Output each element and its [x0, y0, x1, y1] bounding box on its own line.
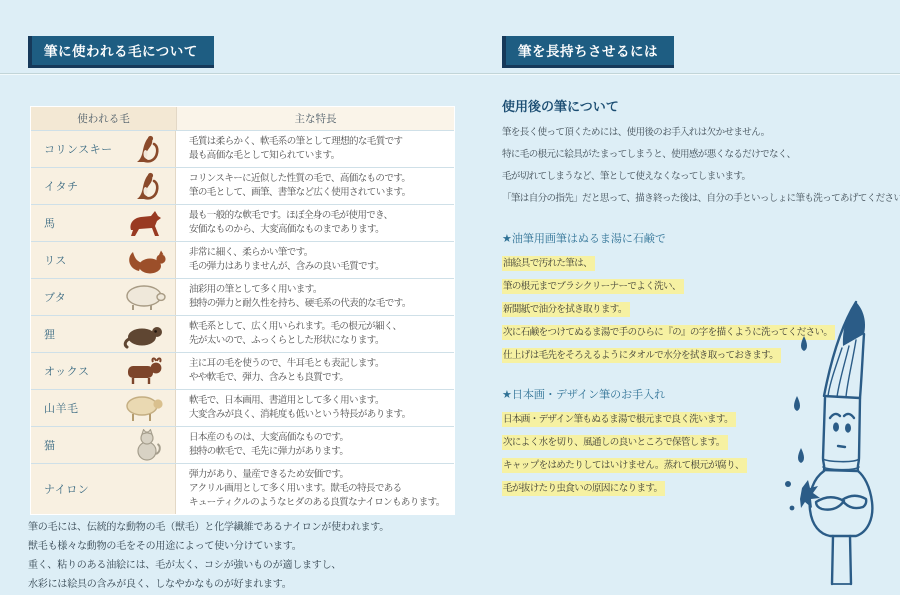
table-row: 馬 最も一般的な軟毛です。ほぼ全身の毛が使用でき、安価なものから、大変高価なもの… — [31, 204, 454, 241]
hair-type-label: イタチ — [44, 178, 79, 194]
hair-type-label: オックス — [44, 363, 90, 379]
text-line: 毛が切れてしまうなど、筆として使えなくなってしまいます。 — [502, 166, 900, 188]
pig-icon — [121, 282, 167, 312]
text-line: 特に毛の根元に絵具がたまってしまうと、使用感が悪くなるだけでなく、 — [502, 144, 900, 166]
mouth — [838, 446, 845, 447]
highlight-text: 油絵具で汚れた筆は、 — [502, 256, 595, 271]
leaflet-page: { "colors": { "page_bg": "#ddeef6", "hea… — [0, 0, 900, 595]
feature-line: 独特の軟毛で、毛先に弾力があります。 — [189, 445, 448, 459]
hair-type-label: ナイロン — [44, 481, 89, 497]
column-header-hair: 使われる毛 — [31, 107, 177, 130]
feature-line: 安価なものから、大変高価なものまであります。 — [189, 223, 448, 237]
water-drop-icon — [798, 448, 804, 463]
highlighted-step-line: 筆の根元までブラシクリーナーでよく洗い、 — [502, 274, 900, 297]
paint-tip — [843, 302, 865, 346]
care-intro-paragraph: 筆を長く使って頂くためには、使用後のお手入れは欠かせません。特に毛の根元に絵具が… — [502, 122, 900, 210]
highlight-text: 日本画・デザイン筆もぬるま湯で根元まで良く洗います。 — [502, 412, 736, 427]
highlight-text: 筆の根元までブラシクリーナーでよく洗い、 — [502, 279, 684, 294]
table-row: コリンスキー 毛質は柔らかく、軟毛系の筆として理想的な毛質です最も高価な毛として… — [31, 130, 454, 167]
hair-types-table: 使われる毛 主な特長 コリンスキー 毛質は柔らかく、軟毛系の筆として理想的な毛質… — [30, 106, 455, 515]
text-line: 「筆は自分の指先」だと思って、描き終った後は、自分の手といっしょに筆も洗ってあげ… — [502, 188, 900, 210]
highlight-text: 毛が抜けたり虫食いの原因になります。 — [502, 481, 665, 496]
table-row: オックス 主に耳の毛を使うので、牛耳毛とも表記します。やや軟毛で、弾力、含みとも… — [31, 352, 454, 389]
horse-icon — [121, 208, 167, 238]
ox-icon — [123, 356, 167, 386]
table-row: 狸 軟毛系として、広く用いられます。毛の根元が細く、先が太いので、ふっくらとした… — [31, 315, 454, 352]
feature-line: コリンスキーに近似した性質の毛で、高価なものです。 — [189, 172, 448, 186]
feature-line: 大変含みが良く、消耗度も低いという特長があります。 — [189, 408, 448, 422]
splash-dot — [785, 481, 791, 487]
feature-line: 油彩用の筆として多く用います。 — [189, 283, 448, 297]
squirrel-icon — [123, 245, 167, 275]
hair-features: 軟毛系として、広く用いられます。毛の根元が細く、先が太いので、ふっくらとした形状… — [176, 316, 454, 352]
feature-line: 筆の毛として、画筆、書筆など広く使用されています。 — [189, 186, 448, 200]
hair-type-label: 狸 — [44, 326, 56, 342]
crossed-arms — [816, 497, 844, 509]
hair-features: コリンスキーに近似した性質の毛で、高価なものです。筆の毛として、画筆、書筆など広… — [176, 168, 454, 204]
feature-line: 主に耳の毛を使うので、牛耳毛とも表記します。 — [189, 357, 448, 371]
hair-features: 弾力があり、量産できるため安価です。アクリル画用として多く用います。獣毛の特長で… — [176, 464, 454, 514]
feature-line: キューティクルのようなヒダのある良質なナイロンもあります。 — [189, 496, 448, 510]
hair-type-label: 馬 — [44, 215, 56, 231]
feature-line: 最も一般的な軟毛です。ほぼ全身の毛が使用でき、 — [189, 209, 448, 223]
care-section-title: 使用後の筆について — [502, 96, 900, 115]
table-row: 山羊毛 軟毛で、日本画用、書道用として多く用います。大変含みが良く、消耗度も低い… — [31, 389, 454, 426]
worried-eyebrow — [830, 414, 840, 418]
hair-features: 軟毛で、日本画用、書道用として多く用います。大変含みが良く、消耗度も低いという特… — [176, 390, 454, 426]
right-section-header: 筆を長持ちさせるには — [502, 36, 674, 68]
feature-line: 軟毛で、日本画用、書道用として多く用います。 — [189, 394, 448, 408]
highlighted-step-line: 油絵具で汚れた筆は、 — [502, 251, 900, 274]
hair-summary-paragraph: 筆の毛には、伝統的な動物の毛（獣毛）と化学繊維であるナイロンが使われます。獣毛も… — [28, 518, 458, 594]
eye — [833, 422, 839, 431]
feature-line: 軟毛系として、広く用いられます。毛の根元が細く、 — [189, 320, 448, 334]
text-line: 重く、粘りのある油絵には、毛が太く、コシが強いものが適しますし、 — [28, 556, 458, 575]
hair-type-label: 猫 — [44, 437, 56, 453]
sheep-icon — [121, 393, 167, 423]
hair-features: 主に耳の毛を使うので、牛耳毛とも表記します。やや軟毛で、弾力、含みとも良質です。 — [176, 353, 454, 389]
hair-type-label: コリンスキー — [44, 141, 113, 157]
table-row: 猫 日本産のものは、大変高価なものです。独特の軟毛で、毛先に弾力があります。 — [31, 426, 454, 463]
highlight-text: 仕上げは毛先をそろえるようにタオルで水分を拭き取っておきます。 — [502, 348, 781, 363]
hair-type-label: リス — [44, 252, 67, 268]
crossed-arms — [842, 496, 866, 508]
hair-features: 最も一般的な軟毛です。ほぼ全身の毛が使用でき、安価なものから、大変高価なものまで… — [176, 205, 454, 241]
feature-line: アクリル画用として多く用います。獣毛の特長である — [189, 482, 448, 496]
text-line: 筆を長く使って頂くためには、使用後のお手入れは欠かせません。 — [502, 122, 900, 144]
hair-features: 毛質は柔らかく、軟毛系の筆として理想的な毛質です最も高価な毛として知られています… — [176, 131, 454, 167]
feature-line: 先が太いので、ふっくらとした形状になります。 — [189, 334, 448, 348]
feature-line: 毛質は柔らかく、軟毛系の筆として理想的な毛質です — [189, 135, 448, 149]
highlight-text: 次によく水を切り、風通しの良いところで保管します。 — [502, 435, 728, 450]
table-row: ブタ 油彩用の筆として多く用います。独特の弾力と耐久性を持ち、硬毛系の代表的な毛… — [31, 278, 454, 315]
table-row: リス 非常に細く、柔らかい筆です。毛の弾力はありませんが、含みの良い毛質です。 — [31, 241, 454, 278]
left-section-header: 筆に使われる毛について — [28, 36, 214, 68]
feature-line: 非常に細く、柔らかい筆です。 — [189, 246, 448, 260]
care-tip-title: ★油筆用画筆はぬるま湯に石鹸で — [502, 229, 900, 249]
column-header-features: 主な特長 — [177, 107, 454, 130]
water-drop-icon — [794, 396, 800, 411]
hair-type-label: 山羊毛 — [44, 400, 79, 416]
feature-line: 日本産のものは、大変高価なものです。 — [189, 431, 448, 445]
weasel-icon — [123, 134, 167, 164]
weasel-icon — [123, 171, 167, 201]
text-line: 筆の毛には、伝統的な動物の毛（獣毛）と化学繊維であるナイロンが使われます。 — [28, 518, 458, 537]
feature-line: 独特の弾力と耐久性を持ち、硬毛系の代表的な毛です。 — [189, 297, 448, 311]
feature-line: 最も高価な毛として知られています。 — [189, 149, 448, 163]
dripping-brush-character-illustration — [776, 296, 896, 592]
table-row: ナイロン 弾力があり、量産できるため安価です。アクリル画用として多く用います。獣… — [31, 463, 454, 514]
text-line: 水彩には絵具の含みが良く、しなやかなものが好まれます。 — [28, 575, 458, 594]
cat-icon — [127, 429, 167, 461]
highlight-text: 新聞紙で油分を拭き取ります。 — [502, 302, 630, 317]
feature-line: やや軟毛で、弾力、含みとも良質です。 — [189, 371, 448, 385]
text-line: 獣毛も様々な動物の毛をその用途によって使い分けています。 — [28, 537, 458, 556]
splash-dot — [790, 506, 795, 511]
eye — [845, 423, 851, 432]
tanuki-icon — [121, 319, 167, 349]
hair-features: 日本産のものは、大変高価なものです。独特の軟毛で、毛先に弾力があります。 — [176, 427, 454, 463]
table-header-row: 使われる毛 主な特長 — [31, 107, 454, 130]
table-row: イタチ コリンスキーに近似した性質の毛で、高価なものです。筆の毛として、画筆、書… — [31, 167, 454, 204]
feature-line: 弾力があり、量産できるため安価です。 — [189, 468, 448, 482]
hair-type-label: ブタ — [44, 289, 66, 305]
feature-line: 毛の弾力はありませんが、含みの良い毛質です。 — [189, 260, 448, 274]
header-divider-line — [0, 73, 900, 75]
water-drop-icon — [801, 336, 807, 351]
hair-features: 油彩用の筆として多く用います。独特の弾力と耐久性を持ち、硬毛系の代表的な毛です。 — [176, 279, 454, 315]
hair-features: 非常に細く、柔らかい筆です。毛の弾力はありませんが、含みの良い毛質です。 — [176, 242, 454, 278]
highlight-text: キャップをはめたりしてはいけません。蒸れて根元が腐り、 — [502, 458, 747, 473]
worried-eyebrow — [844, 414, 854, 418]
